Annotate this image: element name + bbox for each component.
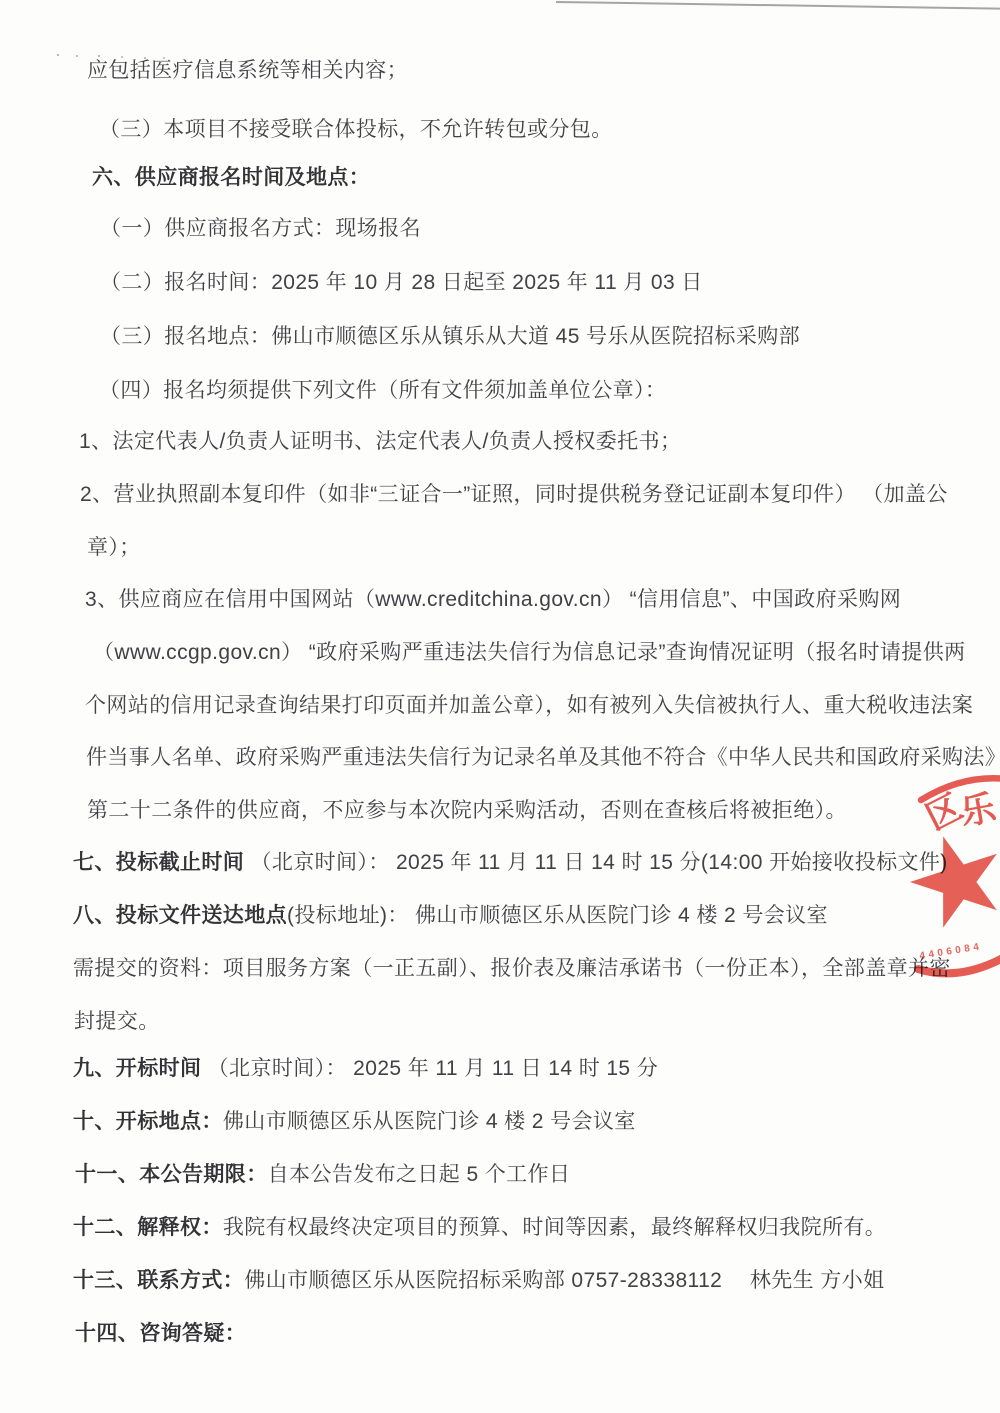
line-signup-method: （一）供应商报名方式：现场报名 — [100, 216, 421, 242]
star-icon — [900, 822, 1000, 933]
stamp-ring-top-arc — [921, 778, 1000, 800]
line-medical-info-note: 应包括医疗信息系统等相关内容； — [87, 58, 408, 84]
official-stamp-graphic: 区 乐 4406084 — [888, 770, 1000, 982]
line-doc2-license-b: 章）； — [87, 535, 141, 561]
heading-open-time: 九、开标时间 （北京时间）： 2025 年 11 月 11 日 14 时 15 … — [73, 1056, 658, 1082]
line-materials-a: 需提交的资料：项目服务方案（一正五副）、报价表及廉洁承诺书（一份正本），全部盖章… — [73, 956, 951, 982]
line-no-joint-bid: （三）本项目不接受联合体投标，不允许转包或分包。 — [99, 117, 613, 143]
stamp-char-qu: 区 — [920, 787, 969, 838]
line-doc3-credit-a: 3、供应商应在信用中国网站（www.creditchina.gov.cn） “信… — [85, 587, 901, 613]
line-doc2-license-a: 2、营业执照副本复印件（如非“三证合一”证照，同时提供税务登记证副本复印件） （… — [80, 482, 948, 508]
line-doc3-credit-c: 个网站的信用记录查询结果打印页面并加盖公章），如有被列入失信被执行人、重大税收违… — [85, 693, 973, 719]
line-doc1-legal-rep: 1、法定代表人/负责人证明书、法定代表人/负责人授权委托书； — [79, 429, 681, 455]
line-signup-documents: （四）报名均须提供下列文件（所有文件须加盖单位公章）： — [99, 378, 666, 404]
heading-contact: 十三、联系方式：佛山市顺德区乐从医院招标采购部 0757-28338112 林先… — [73, 1268, 885, 1294]
line-materials-b: 封提交。 — [74, 1009, 160, 1035]
document-page: 应包括医疗信息系统等相关内容； （三）本项目不接受联合体投标，不允许转包或分包。… — [0, 0, 1000, 1413]
heading-bid-deadline: 七、投标截止时间 （北京时间）： 2025 年 11 月 11 日 14 时 1… — [73, 850, 948, 876]
scan-artifact-specks — [57, 54, 59, 56]
line-signup-time: （二）报名时间：2025 年 10 月 28 日起至 2025 年 11 月 0… — [100, 270, 703, 296]
scan-artifact-line — [556, 1, 1000, 10]
heading-bid-delivery: 八、投标文件送达地点(投标地址)： 佛山市顺德区乐从医院门诊 4 楼 2 号会议… — [73, 903, 828, 929]
heading-notice-period: 十一、本公告期限：自本公告发布之日起 5 个工作日 — [75, 1162, 570, 1188]
heading-supplier-signup: 六、供应商报名时间及地点： — [92, 165, 370, 191]
heading-interpretation: 十二、解释权：我院有权最终决定项目的预算、时间等因素，最终解释权归我院所有。 — [73, 1215, 886, 1241]
line-doc3-credit-e: 第二十二条件的供应商，不应参与本次院内采购活动，否则在查核后将被拒绝）。 — [87, 798, 847, 824]
stamp-char-le: 乐 — [957, 788, 999, 833]
line-doc3-credit-d: 件当事人名单、政府采购严重违法失信行为记录名单及其他不符合《中华人民共和国政府采… — [86, 745, 1000, 771]
line-doc3-credit-b: （www.ccgp.gov.cn） “政府采购严重违法失信行为信息记录”查询情况… — [93, 640, 966, 666]
line-signup-location: （三）报名地点：佛山市顺德区乐从镇乐从大道 45 号乐从医院招标采购部 — [100, 324, 800, 350]
heading-consultation: 十四、咨询答疑： — [75, 1321, 246, 1347]
heading-open-location: 十、开标地点：佛山市顺德区乐从医院门诊 4 楼 2 号会议室 — [73, 1109, 636, 1135]
